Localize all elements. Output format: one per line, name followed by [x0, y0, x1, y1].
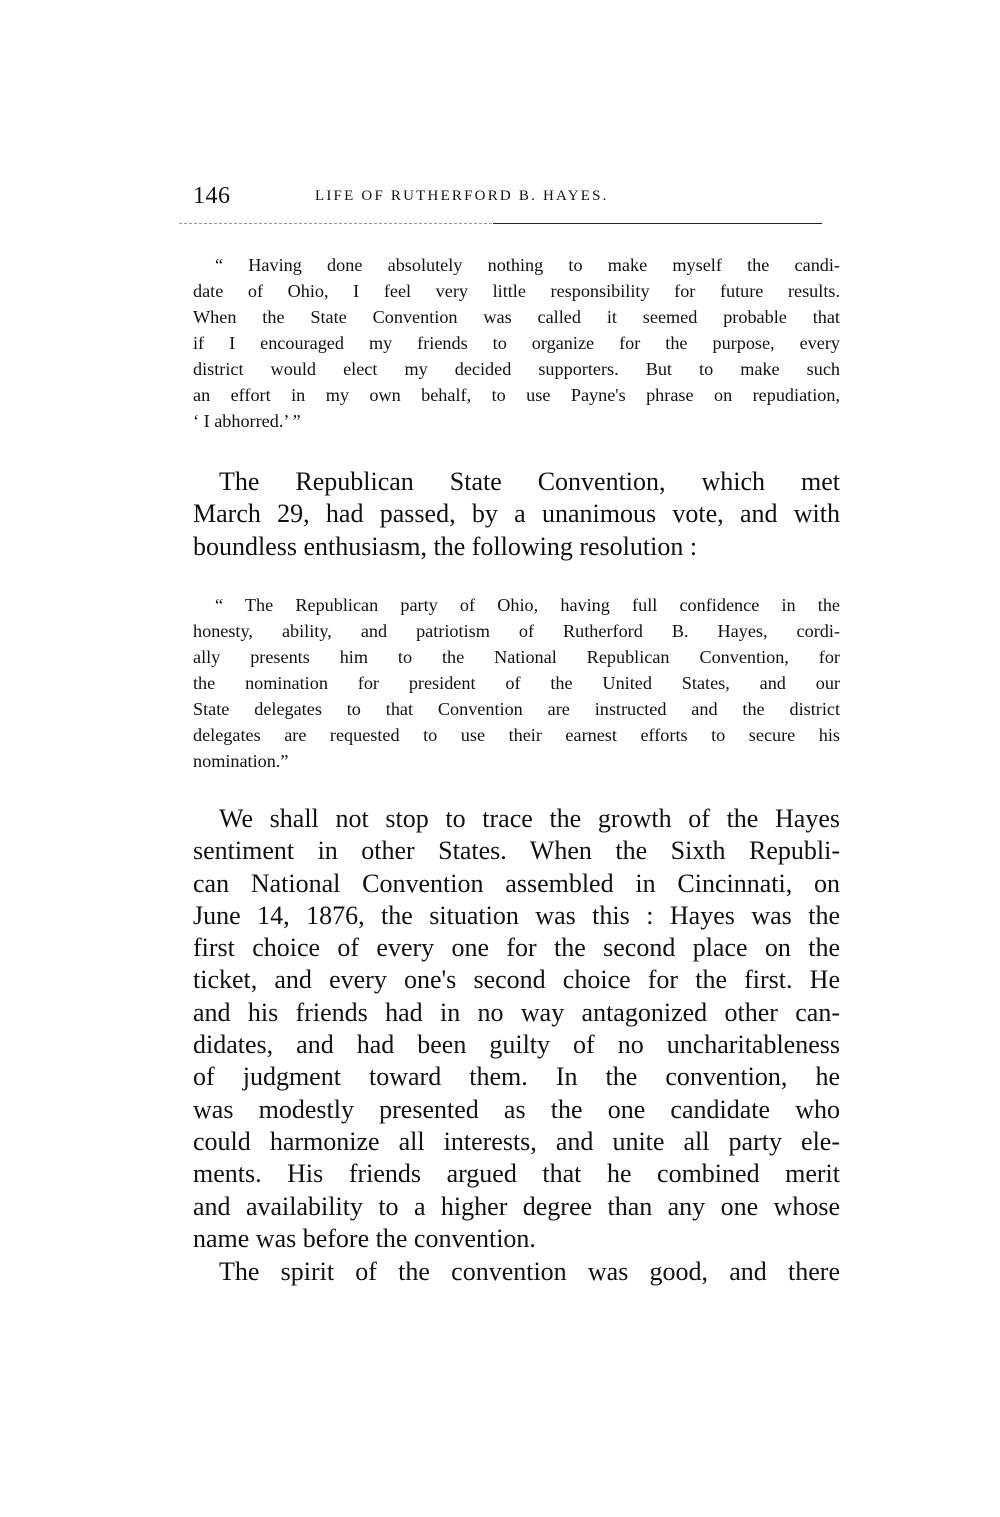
paragraph-line: sentiment in other States. When the Sixt… [193, 835, 840, 867]
quote-line: district would elect my decided supporte… [193, 356, 840, 382]
quote-line: State delegates to that Convention are i… [193, 696, 840, 722]
paragraph-line: We shall not stop to trace the growth of… [193, 803, 840, 835]
paragraph-line: ticket, and every one's second choice fo… [193, 964, 840, 996]
paragraph-line: first choice of every one for the second… [193, 932, 840, 964]
quote-line: honesty, ability, and patriotism of Ruth… [193, 618, 840, 644]
quote-line: the nomination for president of the Unit… [193, 670, 840, 696]
paragraph-line: of judgment toward them. In the conventi… [193, 1061, 840, 1093]
header-rule [493, 223, 822, 224]
quote-line: an effort in my own behalf, to use Payne… [193, 382, 840, 408]
scanned-book-page: { "header": { "page_number": "146", "run… [0, 0, 1000, 1517]
paragraph-line: and his friends had in no way antagonize… [193, 997, 840, 1029]
paragraph-state-convention: The Republican State Convention, which m… [193, 466, 840, 563]
paragraph-line: June 14, 1876, the situation was this : … [193, 900, 840, 932]
quote-line: delegates are requested to use their ear… [193, 722, 840, 748]
paragraph-national-convention: We shall not stop to trace the growth of… [193, 803, 840, 1255]
paragraph-line: The Republican State Convention, which m… [193, 466, 840, 498]
quote-line: ‘ I abhorred.’ ” [193, 408, 840, 434]
paragraph-line: March 29, had passed, by a unanimous vot… [193, 498, 840, 530]
quote-line: “ The Republican party of Ohio, having f… [193, 592, 840, 618]
paragraph-line: can National Convention assembled in Cin… [193, 868, 840, 900]
paragraph-line: boundless enthusiasm, the following reso… [193, 531, 840, 563]
quote-line: “ Having done absolutely nothing to make… [193, 252, 840, 278]
quote-line: When the State Convention was called it … [193, 304, 840, 330]
paragraph-line: The spirit of the convention was good, a… [193, 1256, 840, 1288]
quote-line: if I encouraged my friends to organize f… [193, 330, 840, 356]
page-content: 146 LIFE OF RUTHERFORD B. HAYES. “ Havin… [193, 183, 840, 213]
paragraph-line: name was before the convention. [193, 1223, 840, 1255]
paragraph-convention-spirit: The spirit of the convention was good, a… [193, 1256, 840, 1288]
quote-line: date of Ohio, I feel very little respons… [193, 278, 840, 304]
paragraph-line: didates, and had been guilty of no uncha… [193, 1029, 840, 1061]
running-title: LIFE OF RUTHERFORD B. HAYES. [315, 188, 609, 205]
paragraph-line: could harmonize all interests, and unite… [193, 1126, 840, 1158]
quote-line: ally presents him to the National Republ… [193, 644, 840, 670]
quote-line: nomination.” [193, 748, 840, 774]
paragraph-line: and availability to a higher degree than… [193, 1191, 840, 1223]
block-quote-hayes-letter: “ Having done absolutely nothing to make… [193, 252, 840, 434]
paragraph-line: ments. His friends argued that he combin… [193, 1158, 840, 1190]
block-quote-resolution: “ The Republican party of Ohio, having f… [193, 592, 840, 774]
paragraph-line: was modestly presented as the one candid… [193, 1094, 840, 1126]
running-head: 146 LIFE OF RUTHERFORD B. HAYES. [193, 183, 840, 213]
page-number: 146 [193, 183, 231, 210]
